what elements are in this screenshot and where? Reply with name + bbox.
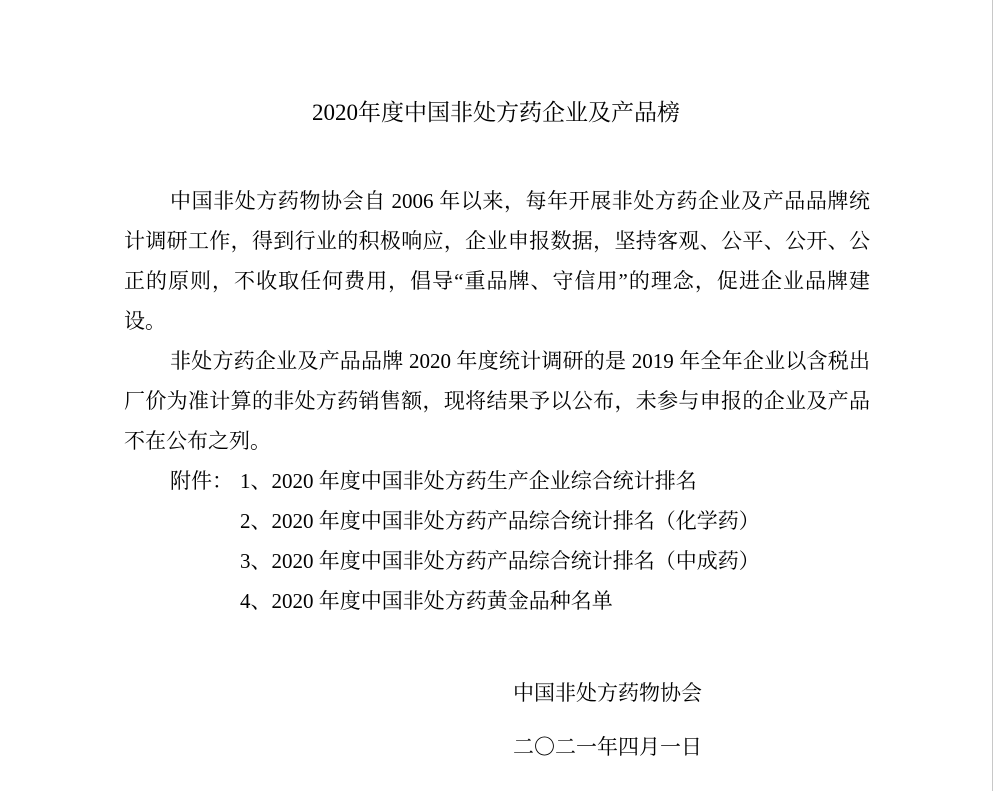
paragraph-scope: 非处方药企业及产品品牌 2020 年度统计调研的是 2019 年全年企业以含税出…: [124, 341, 870, 461]
attachment-item-4: 4、2020 年度中国非处方药黄金品种名单: [240, 581, 613, 621]
document-title: 2020年度中国非处方药企业及产品榜: [0, 96, 992, 130]
paragraph-text: 非处方药企业及产品品牌 2020 年度统计调研的是 2019 年全年企业以含税出…: [124, 341, 870, 461]
attachment-item-3: 3、2020 年度中国非处方药产品综合统计排名（中成药）: [240, 541, 760, 581]
paragraph-intro: 中国非处方药物协会自 2006 年以来，每年开展非处方药企业及产品品牌统计调研工…: [124, 181, 870, 341]
attachment-item-1: 1、2020 年度中国非处方药生产企业综合统计排名: [240, 461, 697, 501]
signature-date: 二〇二一年四月一日: [513, 727, 702, 767]
attachment-item-2: 2、2020 年度中国非处方药产品综合统计排名（化学药）: [240, 501, 760, 541]
paragraph-text: 中国非处方药物协会自 2006 年以来，每年开展非处方药企业及产品品牌统计调研工…: [124, 181, 870, 341]
signature-organization: 中国非处方药物协会: [513, 673, 702, 713]
attachments-label: 附件：: [170, 461, 233, 501]
document-page: 2020年度中国非处方药企业及产品榜 中国非处方药物协会自 2006 年以来，每…: [0, 0, 993, 791]
